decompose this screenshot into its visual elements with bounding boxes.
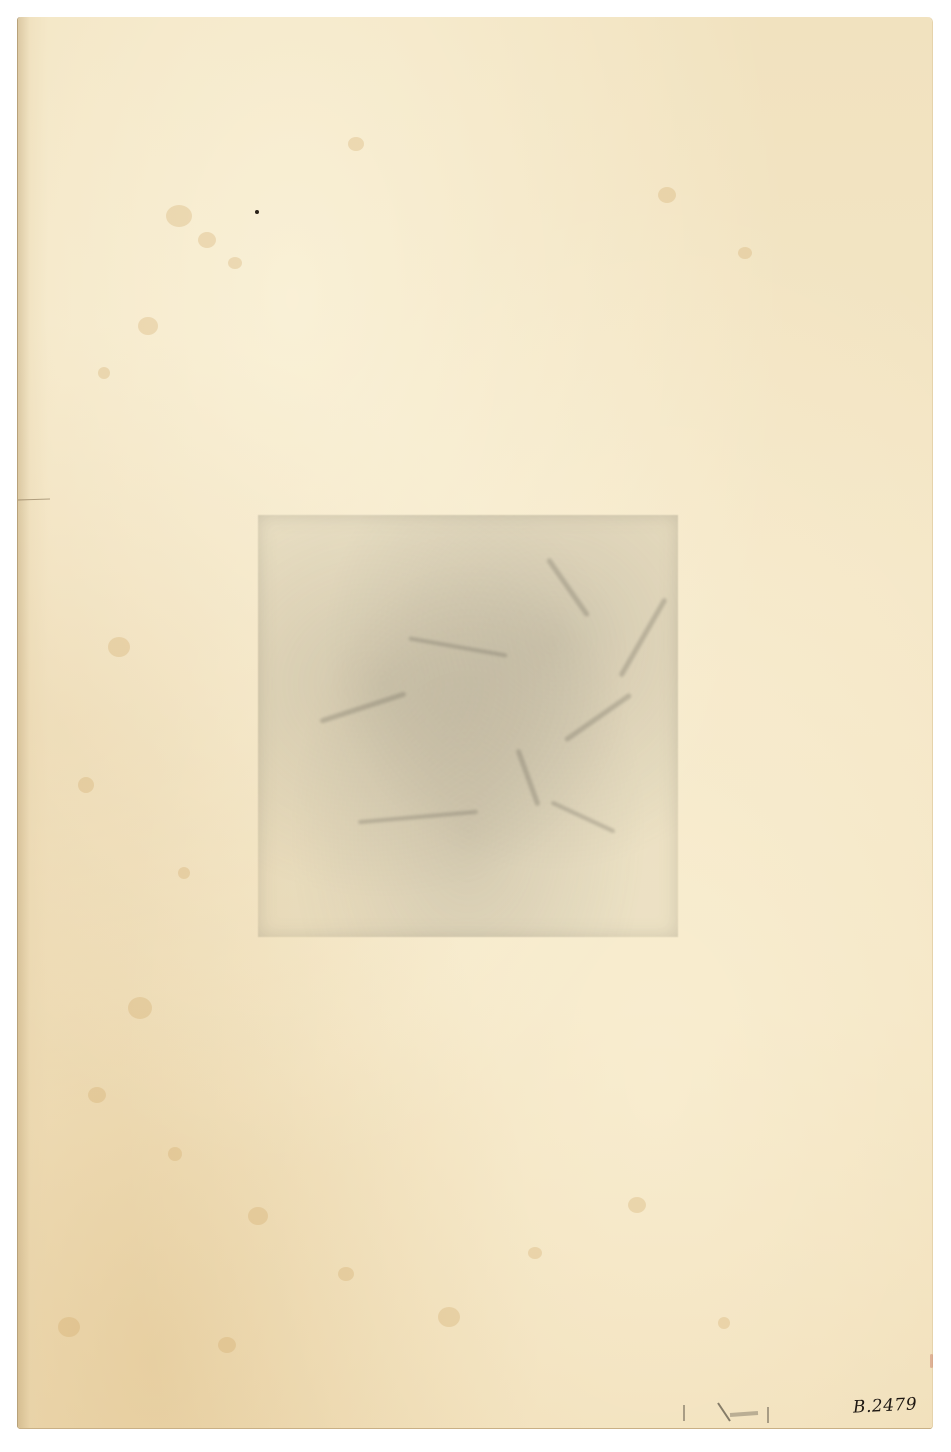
foxing-spot	[58, 1317, 80, 1337]
foxing-spot	[438, 1307, 460, 1327]
foxing-spot	[628, 1197, 646, 1213]
foxing-spot	[228, 257, 242, 269]
offset-print-impression	[258, 515, 678, 937]
foxing-spot	[658, 187, 676, 203]
paper-sheet	[18, 17, 932, 1428]
foxing-spot	[98, 367, 110, 379]
foxing-spot	[88, 1087, 106, 1103]
inventory-number: B.2479	[853, 1394, 918, 1417]
impression-stroke	[618, 597, 667, 677]
left-fold-shadow	[18, 17, 48, 1428]
pencil-mark	[678, 1397, 798, 1425]
foxing-spot	[128, 997, 152, 1019]
foxing-spot	[108, 637, 130, 657]
impression-stroke	[515, 748, 540, 806]
foxing-spot	[166, 205, 192, 227]
impression-stroke	[564, 693, 632, 743]
foxing-spot	[738, 247, 752, 259]
foxing-spot	[218, 1337, 236, 1353]
impression-stroke	[408, 636, 507, 657]
foxing-spot	[198, 232, 216, 248]
foxing-spot	[348, 137, 364, 151]
foxing-spot	[78, 777, 94, 793]
impression-stroke	[550, 800, 615, 833]
edge-mark	[930, 1354, 933, 1368]
impression-stroke	[319, 691, 406, 724]
foxing-spot	[138, 317, 158, 335]
foxing-spot	[718, 1317, 730, 1329]
foxing-spot	[528, 1247, 542, 1259]
impression-stroke	[546, 557, 590, 617]
foxing-spot	[248, 1207, 268, 1225]
foxing-spot	[168, 1147, 182, 1161]
ink-dot	[255, 210, 259, 214]
impression-stroke	[358, 810, 478, 824]
foxing-spot	[178, 867, 190, 879]
foxing-spot	[338, 1267, 354, 1281]
